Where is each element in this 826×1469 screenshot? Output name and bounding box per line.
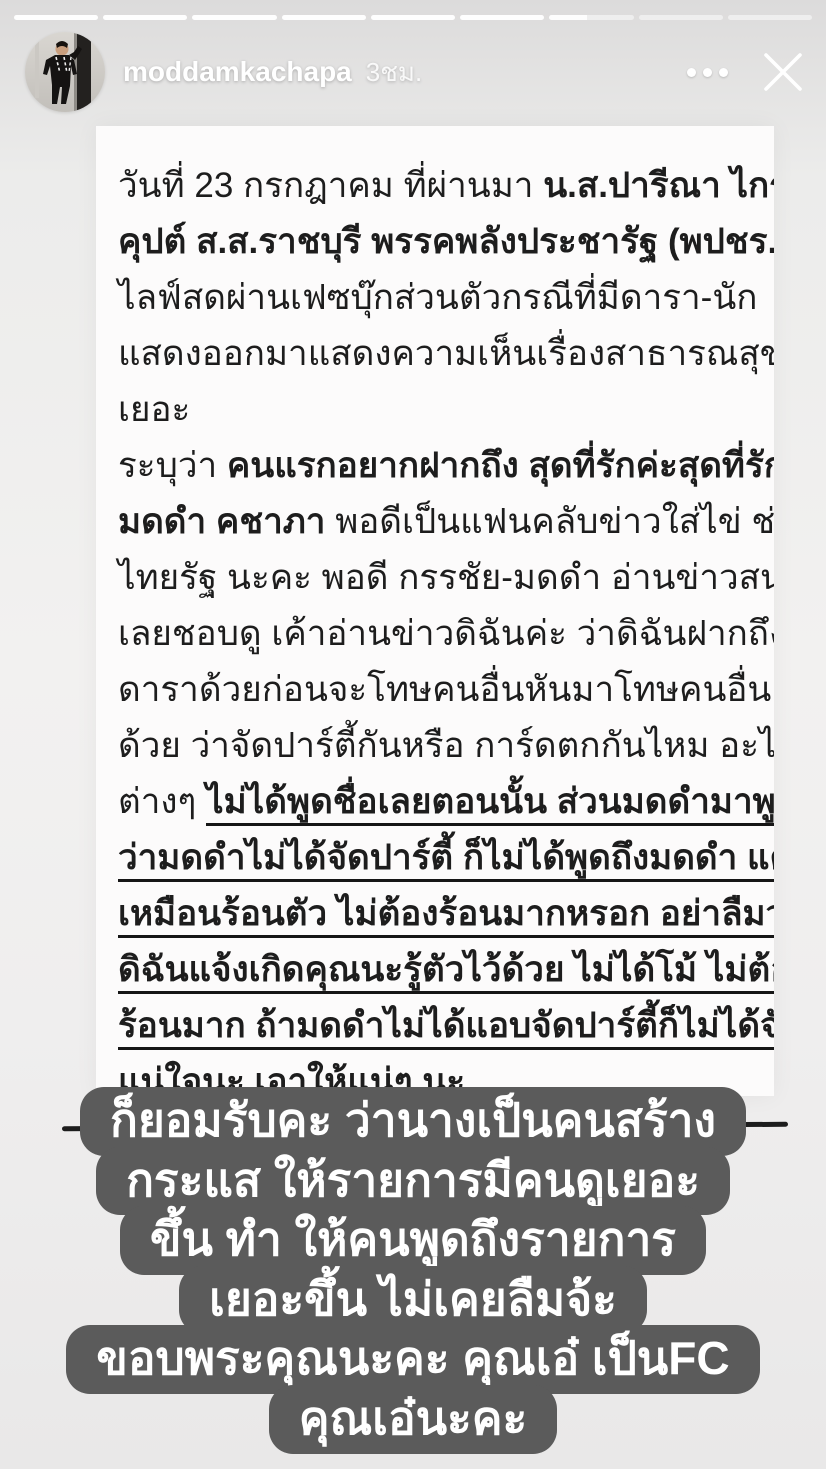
card-text-segment: ระบุว่า: [118, 446, 227, 485]
card-text-line: ระบุว่า คนแรกอยากฝากถึง สุดที่รักค่ะสุดท…: [118, 438, 756, 494]
card-text-line: เยอะ: [118, 382, 756, 438]
card-text-line: ดาราด้วยก่อนจะโทษคนอื่นหันมาโทษคนอื่น: [118, 662, 756, 718]
card-text-line: ต่างๆ ไม่ได้พูดชื่อเลยตอนนั้น ส่วนมดดำมา…: [118, 774, 756, 830]
caption-sticker: ก็ยอมรับคะ ว่านางเป็นคนสร้างกระแส ให้ราย…: [0, 1096, 826, 1454]
card-text-line: ไลฟ์สดผ่านเฟซบุ๊กส่วนตัวกรณีที่มีดารา-นั…: [118, 270, 756, 326]
card-text-segment: วันที่ 23 กรกฎาคม ที่ผ่านมา: [118, 166, 543, 205]
card-text-line: เหมือนร้อนตัว ไม่ต้องร้อนมากหรอก อย่าลืม…: [118, 886, 756, 942]
close-button[interactable]: [760, 49, 806, 95]
card-text-line: คุปต์ ส.ส.ราชบุรี พรรคพลังประชารัฐ (พปชร…: [118, 214, 756, 270]
card-text-line: ด้วย ว่าจัดปาร์ตี้กันหรือ การ์ดตกกันไหม …: [118, 718, 756, 774]
card-text-line: แสดงออกมาแสดงความเห็นเรื่องสาธารณสุข: [118, 326, 756, 382]
card-text-line: วันที่ 23 กรกฎาคม ที่ผ่านมา น.ส.ปารีณา ไ…: [118, 158, 756, 214]
story-header: moddamkachapa 3ชม.: [25, 30, 806, 114]
card-text-segment: เลยชอบดู เค้าอ่านข่าวดิฉันค่ะ ว่าดิฉันฝา…: [118, 614, 774, 653]
card-text-line: ไทยรัฐ นะคะ พอดี กรรชัย-มดดำ อ่านข่าวสนุ…: [118, 550, 756, 606]
card-text-segment: เหมือนร้อนตัว ไม่ต้องร้อนมากหรอก อย่าลืม…: [118, 894, 774, 933]
story-timestamp: 3ชม.: [366, 52, 422, 93]
more-options-button[interactable]: [681, 58, 734, 87]
progress-segment: [103, 15, 187, 20]
progress-segment: [460, 15, 544, 20]
progress-segment: [371, 15, 455, 20]
card-text-segment: มดดำ คชาภา: [118, 502, 325, 541]
progress-segment: [728, 15, 812, 20]
ellipsis-icon: [703, 68, 712, 77]
card-text-line: เลยชอบดู เค้าอ่านข่าวดิฉันค่ะ ว่าดิฉันฝา…: [118, 606, 756, 662]
card-text-segment: เยอะ: [118, 390, 190, 429]
news-screenshot-card: วันที่ 23 กรกฎาคม ที่ผ่านมา น.ส.ปารีณา ไ…: [96, 126, 774, 1096]
story-progress-bar: [14, 15, 812, 20]
ellipsis-icon: [687, 68, 696, 77]
progress-segment: [192, 15, 276, 20]
sticker-text-line: เยอะขึ้น ไม่เคยลืมจ้ะ: [179, 1266, 647, 1335]
sticker-text: ก็ยอมรับคะ ว่านางเป็นคนสร้าง: [110, 1094, 716, 1146]
card-text-segment: พอดีเป็นแฟนคลับข่าวใส่ไข่ ช่อง: [325, 502, 774, 541]
card-text-segment: คุปต์ ส.ส.ราชบุรี พรรคพลังประชารัฐ (พปชร…: [118, 222, 774, 261]
sticker-text: กระแส ให้รายการมีคนดูเยอะ: [126, 1154, 700, 1206]
card-text-segment: ร้อนมาก ถ้ามดดำไม่ได้แอบจัดปาร์ตี้ก็ไม่ไ…: [118, 1006, 774, 1045]
avatar[interactable]: [25, 32, 105, 112]
username[interactable]: moddamkachapa: [123, 56, 352, 88]
progress-segment: [549, 15, 633, 20]
card-text-segment: ต่างๆ: [118, 782, 206, 821]
progress-segment: [282, 15, 366, 20]
news-card-text: วันที่ 23 กรกฎาคม ที่ผ่านมา น.ส.ปารีณา ไ…: [96, 126, 774, 1096]
sticker-text: คุณเอ๋นะคะ: [299, 1392, 527, 1444]
sticker-text-line: คุณเอ๋นะคะ: [269, 1385, 557, 1454]
sticker-text-line: ขึ้น ทำ ให้คนพูดถึงรายการ: [120, 1206, 706, 1275]
card-text-segment: ไม่ได้พูดชื่อเลยตอนนั้น ส่วนมดดำมาพูด: [206, 782, 774, 821]
sticker-text-line: กระแส ให้รายการมีคนดูเยอะ: [96, 1147, 730, 1216]
card-text-line: ร้อนมาก ถ้ามดดำไม่ได้แอบจัดปาร์ตี้ก็ไม่ไ…: [118, 998, 756, 1054]
card-text-segment: น.ส.ปารีณา ไกร: [543, 166, 774, 205]
ellipsis-icon: [719, 68, 728, 77]
card-text-segment: ไลฟ์สดผ่านเฟซบุ๊กส่วนตัวกรณีที่มีดารา-นั…: [118, 278, 757, 317]
card-text-segment: ไทยรัฐ นะคะ พอดี กรรชัย-มดดำ อ่านข่าวสนุ…: [118, 558, 774, 597]
sticker-text-line: ก็ยอมรับคะ ว่านางเป็นคนสร้าง: [80, 1087, 746, 1156]
card-text-line: มดดำ คชาภา พอดีเป็นแฟนคลับข่าวใส่ไข่ ช่อ…: [118, 494, 756, 550]
sticker-text-line: ขอบพระคุณนะคะ คุณเอ๋ เป็นFC: [66, 1325, 759, 1394]
card-text-segment: ว่ามดดำไม่ได้จัดปาร์ตี้ ก็ไม่ได้พูดถึงมด…: [118, 838, 774, 877]
card-text-segment: แสดงออกมาแสดงความเห็นเรื่องสาธารณสุข: [118, 334, 774, 373]
card-text-segment: คนแรกอยากฝากถึง สุดที่รักค่ะสุดที่รัก: [227, 446, 774, 485]
sticker-text: เยอะขึ้น ไม่เคยลืมจ้ะ: [209, 1273, 617, 1325]
card-text-line: ว่ามดดำไม่ได้จัดปาร์ตี้ ก็ไม่ได้พูดถึงมด…: [118, 830, 756, 886]
card-text-segment: ด้วย ว่าจัดปาร์ตี้กันหรือ การ์ดตกกันไหม …: [118, 726, 774, 765]
sticker-text: ขึ้น ทำ ให้คนพูดถึงรายการ: [150, 1213, 676, 1265]
card-text-segment: ดาราด้วยก่อนจะโทษคนอื่นหันมาโทษคนอื่น: [118, 670, 771, 709]
card-text-segment: ดิฉันแจ้งเกิดคุณนะรู้ตัวไว้ด้วย ไม่ได้โม…: [118, 950, 774, 989]
card-text-line: ดิฉันแจ้งเกิดคุณนะรู้ตัวไว้ด้วย ไม่ได้โม…: [118, 942, 756, 998]
avatar-photo: [25, 32, 105, 112]
sticker-text: ขอบพระคุณนะคะ คุณเอ๋ เป็นFC: [96, 1332, 729, 1384]
progress-segment: [639, 15, 723, 20]
progress-segment: [14, 15, 98, 20]
close-icon: [760, 49, 806, 95]
